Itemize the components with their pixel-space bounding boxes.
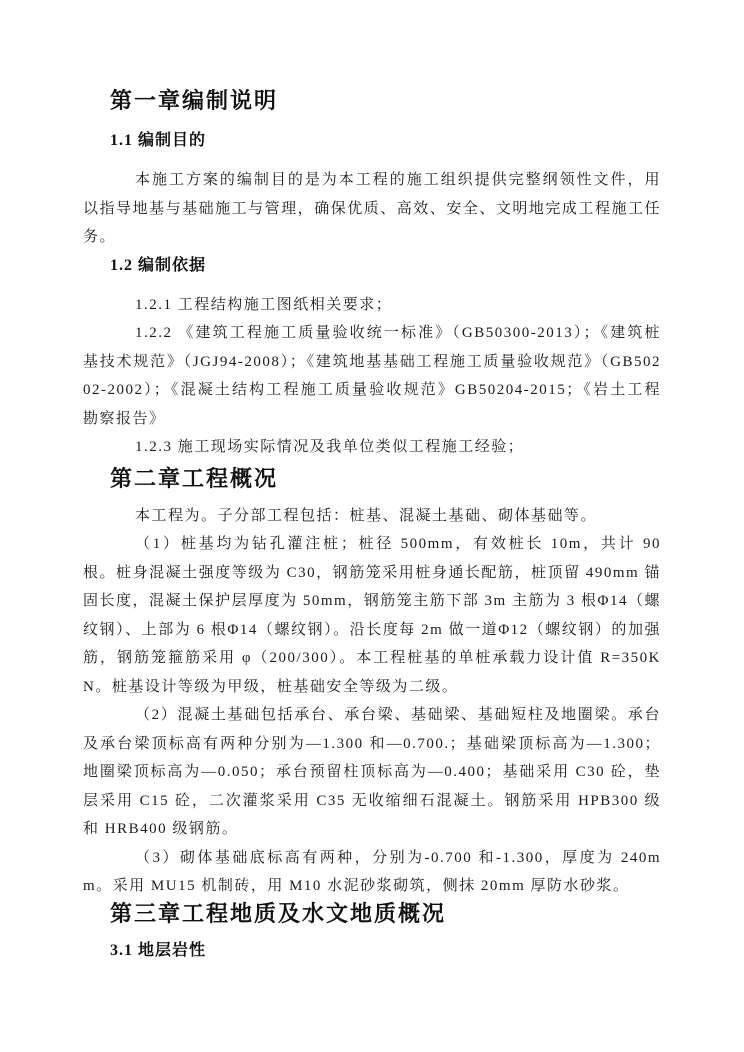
section-3-1-heading: 3.1 地层岩性 [110,940,661,961]
document-content: 第一章编制说明 1.1 编制目的 本施工方案的编制目的是为本工程的施工组织提供完… [83,88,661,976]
paragraph-project-intro: 本工程为。子分部工程包括：桩基、混凝土基础、砌体基础等。 [83,502,661,531]
paragraph-concrete-foundation: （2）混凝土基础包括承台、承台梁、基础梁、基础短柱及地圈梁。承台及承台梁顶标高有… [83,701,661,844]
document-page: 第一章编制说明 1.1 编制目的 本施工方案的编制目的是为本工程的施工组织提供完… [0,0,744,1052]
chapter-1-heading: 第一章编制说明 [110,88,661,114]
chapter-2-heading: 第二章工程概况 [110,466,661,492]
paragraph-basis-1-2-3: 1.2.3 施工现场实际情况及我单位类似工程施工经验； [83,433,661,462]
section-1-2-heading: 1.2 编制依据 [110,255,661,276]
section-1-1-heading: 1.1 编制目的 [110,130,661,151]
paragraph-masonry-foundation: （3）砌体基础底标高有两种，分别为-0.700 和-1.300，厚度为 240m… [83,844,661,901]
paragraph-basis-1-2-1: 1.2.1 工程结构施工图纸相关要求； [83,291,661,320]
chapter-3-heading: 第三章工程地质及水文地质概况 [110,901,661,927]
paragraph-pile-foundation: （1）桩基均为钻孔灌注桩；桩径 500mm，有效桩长 10m，共计 90 根。桩… [83,530,661,701]
paragraph-compilation-purpose: 本施工方案的编制目的是为本工程的施工组织提供完整纲领性文件，用以指导地基与基础施… [83,166,661,252]
paragraph-basis-1-2-2: 1.2.2 《建筑工程施工质量验收统一标准》（GB50300-2013）；《建筑… [83,319,661,433]
